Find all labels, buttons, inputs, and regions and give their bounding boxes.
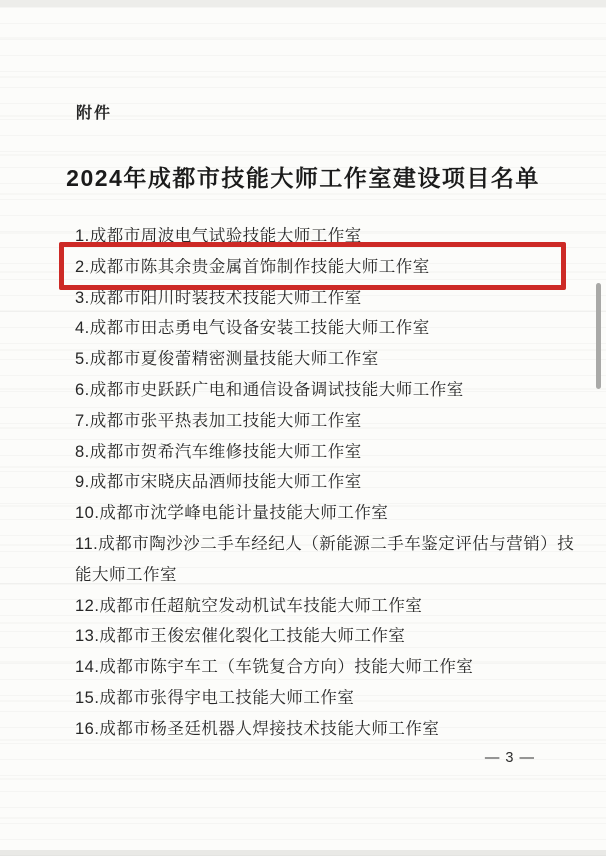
scan-edge-bottom [0, 850, 606, 856]
list-item: 5.成都市夏俊蕾精密测量技能大师工作室 [75, 344, 575, 375]
document-page: 附件 2024年成都市技能大师工作室建设项目名单 1.成都市周波电气试验技能大师… [0, 0, 606, 856]
page-number: — 3 — [485, 750, 535, 766]
scrollbar-thumb[interactable] [596, 283, 601, 389]
list-item: 13.成都市王俊宏催化裂化工技能大师工作室 [75, 621, 575, 652]
highlight-box [59, 242, 566, 290]
list-item: 11.成都市陶沙沙二手车经纪人（新能源二手车鉴定评估与营销）技能大师工作室 [75, 529, 575, 591]
list-item: 14.成都市陈宇车工（车铣复合方向）技能大师工作室 [75, 652, 575, 683]
list-item: 4.成都市田志勇电气设备安装工技能大师工作室 [75, 313, 575, 344]
list-item: 15.成都市张得宇电工技能大师工作室 [75, 683, 575, 714]
attachment-label: 附件 [76, 100, 112, 123]
scan-edge-top [0, 0, 606, 7]
list-item: 12.成都市任超航空发动机试车技能大师工作室 [75, 591, 575, 622]
workshop-list: 1.成都市周波电气试验技能大师工作室 2.成都市陈其余贵金属首饰制作技能大师工作… [75, 221, 575, 745]
list-item: 6.成都市史跃跃广电和通信设备调试技能大师工作室 [75, 375, 575, 406]
list-item: 10.成都市沈学峰电能计量技能大师工作室 [75, 498, 575, 529]
list-item: 16.成都市杨圣廷机器人焊接技术技能大师工作室 [75, 714, 575, 745]
list-item: 9.成都市宋晓庆品酒师技能大师工作室 [75, 467, 575, 498]
list-item: 8.成都市贺希汽车维修技能大师工作室 [75, 437, 575, 468]
list-item: 7.成都市张平热表加工技能大师工作室 [75, 406, 575, 437]
page-title: 2024年成都市技能大师工作室建设项目名单 [0, 160, 606, 193]
